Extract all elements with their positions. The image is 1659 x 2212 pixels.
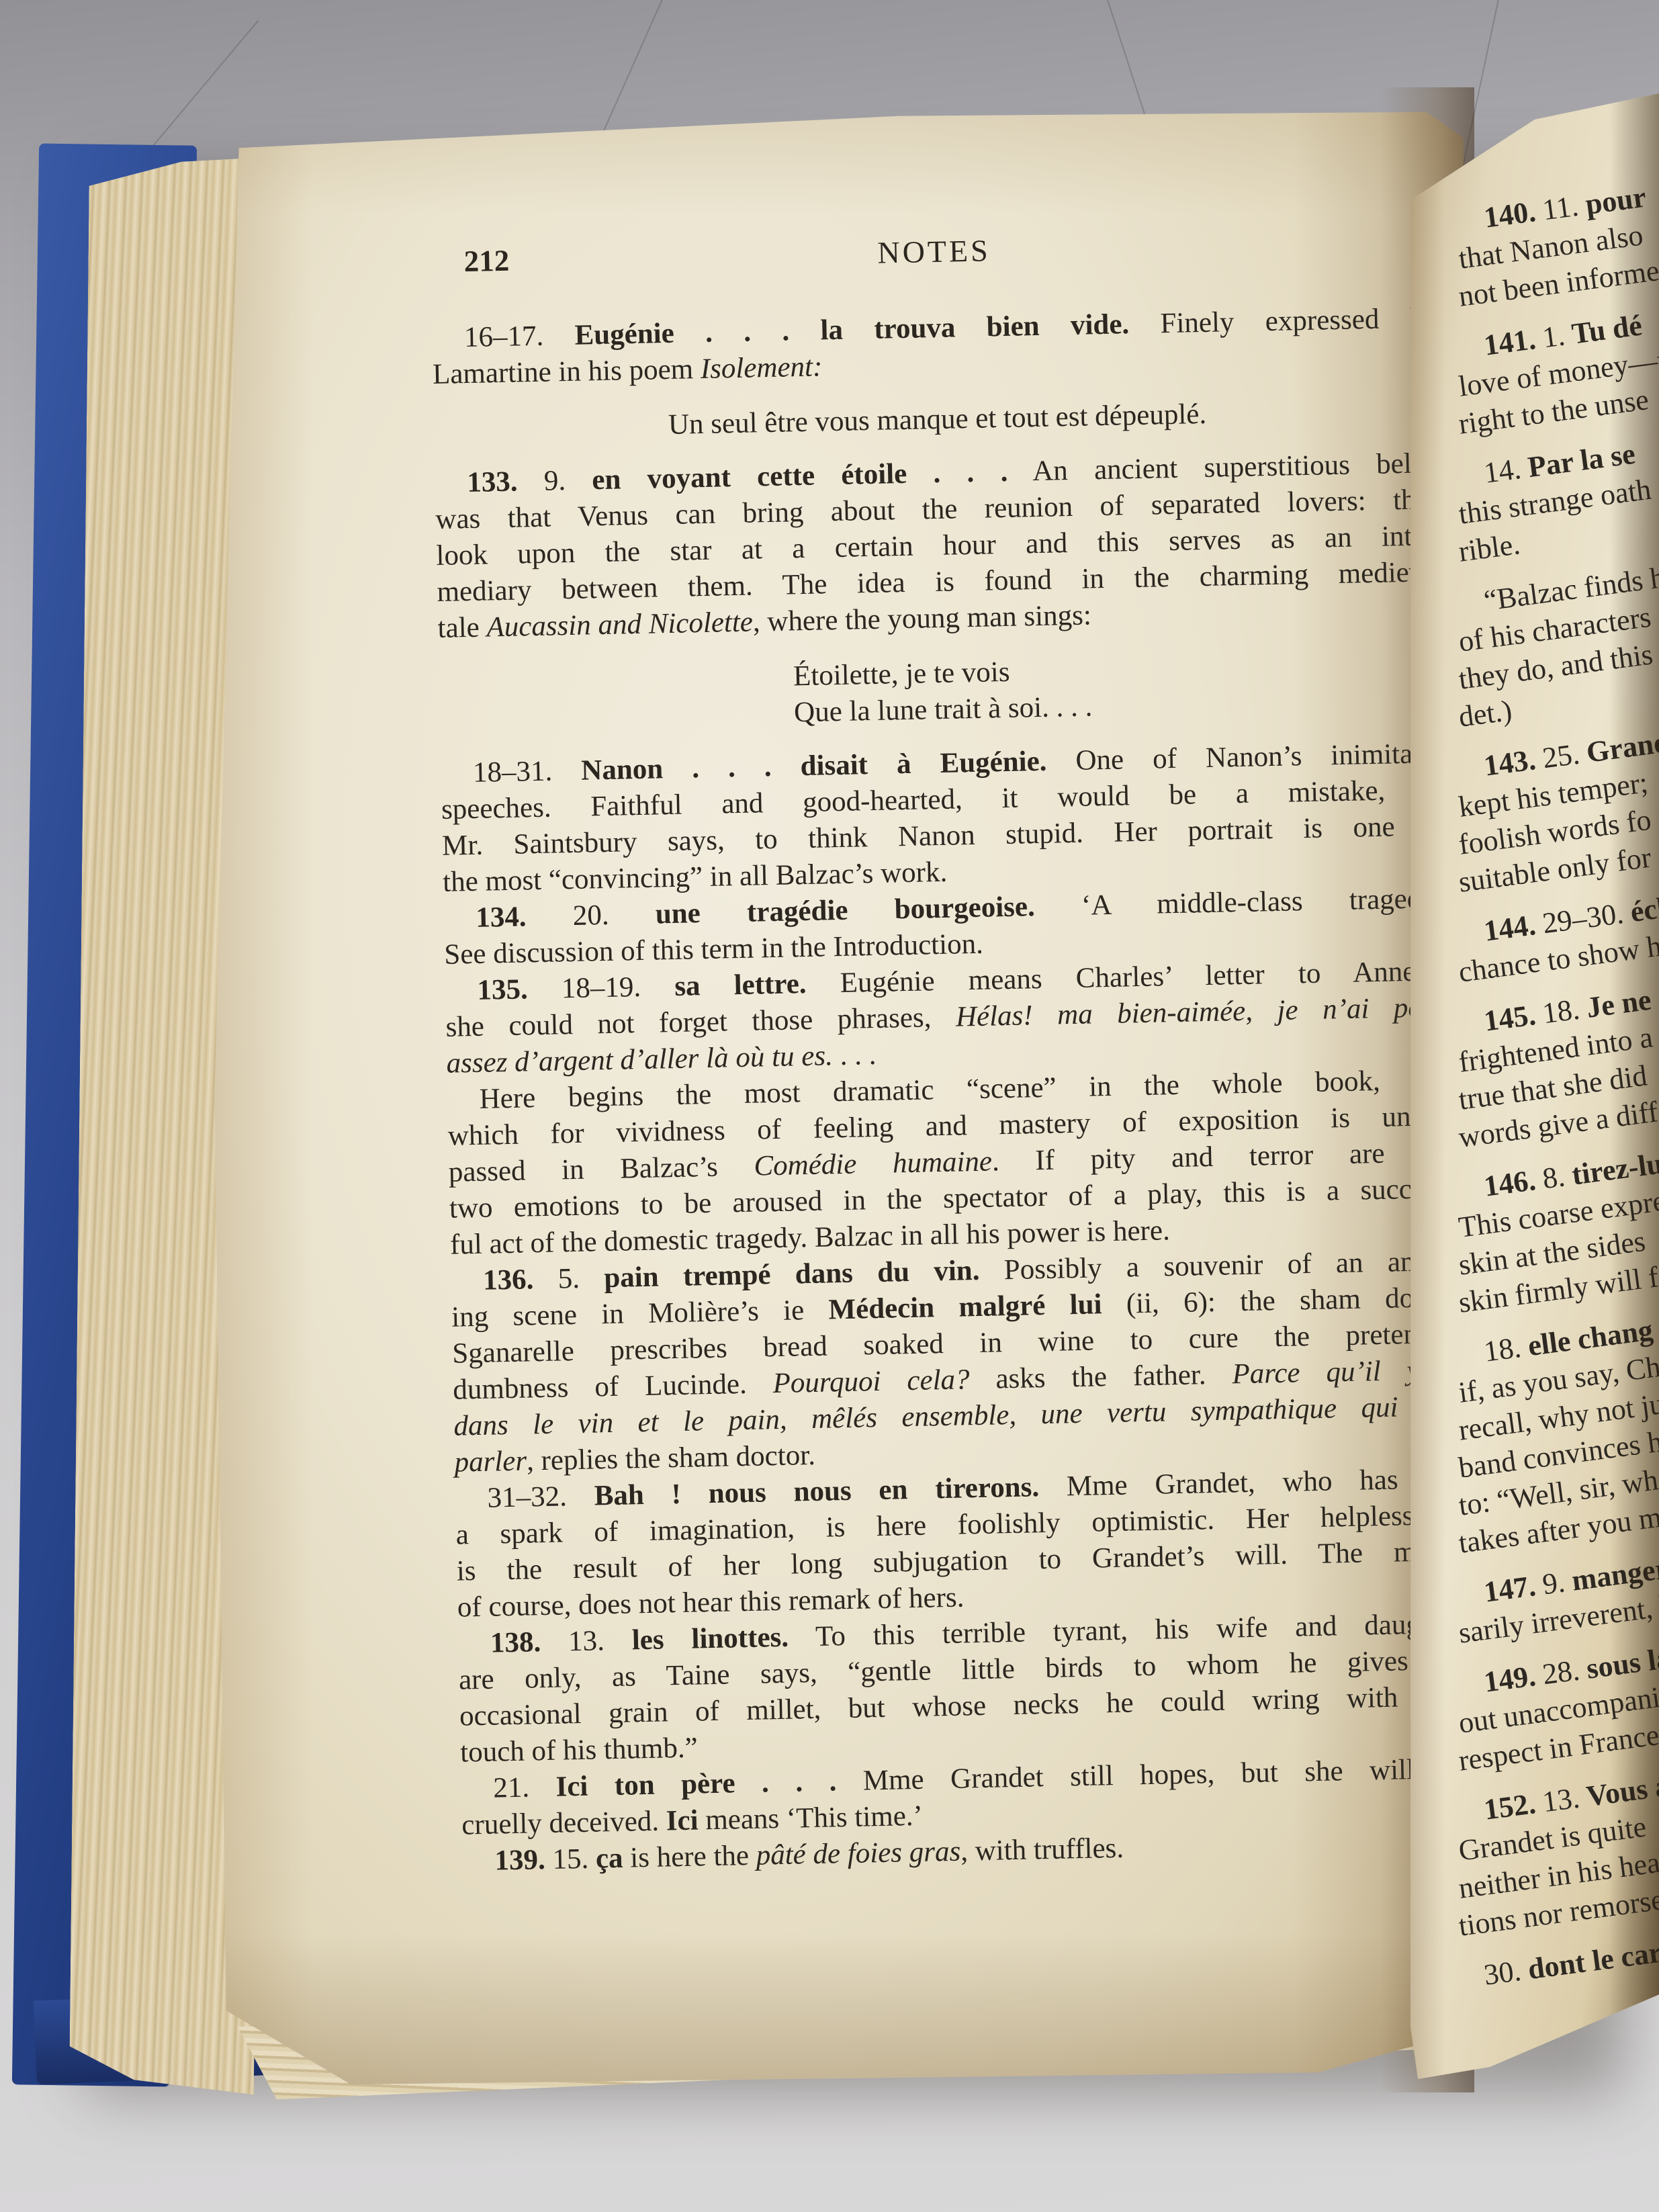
text-segment: neither in his hear	[1457, 1845, 1659, 1905]
text-segment: Par la se	[1526, 437, 1638, 484]
notes-text-block: 16–17. Eugénie . . . la trouva bien vide…	[431, 300, 1470, 1880]
text-segment: pain trempé dans du vin.	[604, 1255, 980, 1294]
text-segment: 18–19.	[527, 971, 675, 1005]
text-segment: dumbness of Lucinde.	[453, 1368, 773, 1406]
text-segment: éch	[1629, 890, 1659, 928]
text-segment: 141.	[1482, 322, 1537, 362]
text-segment: 18.	[1533, 991, 1589, 1031]
text-segment: Lamartine in his poem	[433, 353, 701, 390]
note-paragraph: 138. 13. les linottes. To this terrible …	[457, 1606, 1468, 1771]
text-segment: Je ne	[1584, 983, 1653, 1024]
text-segment: recall, why not ju	[1457, 1387, 1659, 1447]
text-segment: tions nor remorse.”	[1457, 1880, 1659, 1943]
text-segment: tirez-lu	[1570, 1147, 1659, 1191]
text-segment: 133.	[467, 466, 518, 499]
text-segment: frightened into a	[1457, 1020, 1655, 1079]
text-segment: 8.	[1533, 1159, 1574, 1196]
text-segment: 16–17.	[463, 320, 575, 353]
partial-text-line: takes after you m	[1456, 1464, 1659, 1562]
partial-text-line: 14. Par la se	[1456, 397, 1659, 496]
text-segment: to: “Well, sir, wh	[1457, 1463, 1659, 1522]
text-segment: 146.	[1482, 1163, 1537, 1203]
text-segment: pâté de foies gras	[756, 1836, 960, 1871]
partial-text-line: chance to show h	[1456, 893, 1659, 991]
text-segment: une tragédie bourgeoise.	[655, 891, 1035, 930]
text-segment: 136.	[483, 1264, 534, 1296]
text-segment: this strange oath	[1457, 473, 1653, 531]
text-segment: 149.	[1482, 1659, 1537, 1699]
partial-text-line: 140. 11. pour	[1456, 142, 1659, 240]
text-segment: skin at the sides	[1457, 1225, 1648, 1282]
text-segment: , with truffles.	[960, 1832, 1124, 1867]
text-segment: Étoilette, je te vois	[793, 656, 1010, 692]
text-segment: she could not forget those phrases,	[445, 1002, 956, 1043]
text-segment: 138.	[490, 1626, 541, 1659]
note-paragraph: 135. 18–19. sa lettre. Eugénie means Cha…	[445, 953, 1454, 1082]
note-paragraph: Here begins the most dramatic “scene” in…	[447, 1062, 1458, 1264]
note-paragraph: 133. 9. en voyant cette étoile . . . An …	[435, 445, 1445, 647]
text-segment: takes after you m	[1457, 1501, 1659, 1560]
note-paragraph: 31–32. Bah ! nous nous en tirerons. Mme …	[455, 1461, 1465, 1626]
text-segment: 152.	[1482, 1787, 1537, 1826]
partial-text-line: they do, and this	[1456, 600, 1659, 699]
partial-text-line: neither in his hear	[1456, 1809, 1659, 1908]
text-segment: Grand	[1584, 725, 1659, 769]
partial-text-line: frightened into a	[1456, 983, 1659, 1081]
partial-text-line: 147. 9. manger	[1456, 1516, 1659, 1615]
text-segment: not been informe	[1457, 254, 1659, 313]
text-segment: 13.	[1533, 1780, 1589, 1820]
text-segment: sa lettre.	[674, 968, 807, 1002]
text-segment: right to the unse	[1457, 383, 1651, 441]
text-segment: This coarse expre	[1457, 1184, 1659, 1244]
text-segment: pour	[1583, 181, 1648, 221]
text-segment: ing scene in Molière’s ie	[451, 1294, 829, 1333]
partial-text-line: band convinces he	[1456, 1388, 1659, 1487]
text-segment: 25.	[1533, 736, 1589, 776]
left-page-text: 212 NOTES 16–17. Eugénie . . . la trouva…	[430, 224, 1470, 1880]
partial-text-line: skin firmly will fo	[1456, 1223, 1659, 1322]
text-segment: 21.	[493, 1771, 556, 1804]
text-segment: 9.	[1533, 1564, 1574, 1602]
text-segment: Isolement:	[700, 351, 822, 385]
verse-line: Étoilette, je te vois	[793, 652, 1092, 695]
text-segment: suitable only for	[1457, 841, 1653, 899]
text-segment: Médecin malgré lui	[828, 1288, 1102, 1325]
partial-text-line: 143. 25. Grand	[1456, 690, 1659, 789]
partial-text-line: of his characters	[1456, 562, 1659, 661]
text-segment: out unaccompanie	[1457, 1679, 1659, 1740]
partial-text-line: true that she did	[1456, 1020, 1659, 1119]
text-segment: Tu dé	[1570, 308, 1644, 350]
text-segment: they do, and this	[1457, 637, 1655, 696]
partial-text-line: 144. 29–30. éch	[1456, 855, 1659, 954]
partial-text-line: that Nanon also	[1456, 179, 1659, 278]
text-segment: asks the father.	[969, 1358, 1232, 1395]
right-page-text: 140. 11. pourthat Nanon alsonot been inf…	[1459, 188, 1659, 1998]
partial-text-line: this strange oath	[1456, 435, 1659, 533]
text-segment: 13.	[541, 1624, 633, 1658]
verse-quote: Un seul être vous manque et tout est dép…	[433, 392, 1441, 448]
text-segment: 29–30.	[1533, 896, 1633, 941]
background-scratch	[146, 20, 259, 154]
partial-text-line: 18. elle chang	[1456, 1276, 1659, 1374]
text-segment: 144.	[1482, 908, 1537, 948]
partial-text-line: 30. dont le cara	[1456, 1899, 1659, 1998]
text-segment: passed in Balzac’s	[448, 1151, 754, 1188]
text-segment: 140.	[1482, 195, 1537, 234]
text-segment: Aucassin and Nicolette	[486, 607, 753, 644]
text-segment: manger	[1570, 1552, 1659, 1597]
text-segment: An ancient superstitious belief	[1007, 447, 1443, 488]
text-segment: skin firmly will fo	[1457, 1258, 1659, 1319]
text-segment: 147.	[1482, 1569, 1537, 1609]
text-segment: Grandet is quite	[1457, 1810, 1648, 1867]
text-segment: Comédie humaine	[754, 1146, 992, 1182]
text-segment: en voyant cette étoile . . .	[592, 456, 1008, 496]
text-segment: 20.	[526, 899, 656, 933]
book-photo-scene: 212 NOTES 16–17. Eugénie . . . la trouva…	[0, 0, 1659, 2212]
partial-text-line: Grandet is quite	[1456, 1771, 1659, 1870]
partial-text-line: love of money—t	[1456, 307, 1659, 406]
left-page: 212 NOTES 16–17. Eugénie . . . la trouva…	[198, 94, 1471, 2092]
text-segment: that Nanon also	[1457, 218, 1645, 275]
text-segment: true that she did	[1457, 1059, 1649, 1116]
page-header: 212 NOTES	[430, 224, 1438, 283]
text-segment: Hélas! ma bien-aimée, je n’ai point	[955, 991, 1453, 1033]
text-segment: sous la	[1584, 1642, 1659, 1685]
text-segment: Vous a	[1584, 1769, 1659, 1813]
partial-text-line: 145. 18. Je ne	[1456, 945, 1659, 1044]
text-segment: band convinces he	[1457, 1423, 1659, 1485]
text-segment: 11.	[1533, 188, 1588, 227]
text-segment: if, as you say, Cha	[1457, 1348, 1659, 1409]
text-segment: tale	[437, 611, 487, 644]
partial-text-line: 141. 1. Tu dé	[1456, 269, 1659, 368]
running-head: NOTES	[877, 232, 991, 271]
partial-text-line: suitable only for	[1456, 803, 1659, 901]
verse-lines: Étoilette, je te voisQue la lune trait à…	[793, 652, 1093, 731]
text-segment: Bah ! nous nous en tirerons.	[594, 1471, 1039, 1511]
text-segment: 135.	[477, 973, 528, 1006]
text-segment: respect in France.	[1457, 1718, 1659, 1777]
partial-text-line: det.)	[1456, 637, 1659, 736]
text-segment: cruelly deceived.	[461, 1805, 666, 1841]
text-segment: 14.	[1482, 451, 1530, 490]
text-segment: Que la lune trait à soi. . . .	[794, 691, 1093, 728]
text-segment: means ‘This time.’	[698, 1800, 923, 1837]
text-segment: 15.	[545, 1843, 596, 1876]
partial-text-line: tions nor remorse.”	[1456, 1847, 1659, 1945]
text-segment: words give a diffe	[1457, 1094, 1659, 1154]
text-segment: les linottes.	[631, 1622, 789, 1656]
partial-text-line: 146. 8. tirez-lu	[1456, 1110, 1659, 1209]
verse-lines: Un seul être vous manque et tout est dép…	[668, 396, 1206, 443]
text-segment: of his characters	[1457, 601, 1653, 658]
text-segment: sarily irreverent, b	[1457, 1589, 1659, 1650]
text-segment: Un seul être vous manque et tout est dép…	[668, 398, 1207, 441]
right-page-partial: 140. 11. pourthat Nanon alsonot been inf…	[1410, 75, 1659, 2087]
partial-text-line: not been informe	[1456, 217, 1659, 316]
text-segment: Nanon . . . disait à Eugénie.	[581, 746, 1047, 787]
text-segment: is here the	[623, 1840, 756, 1874]
partial-text-line: foolish words fo	[1456, 765, 1659, 864]
text-segment: 28.	[1533, 1652, 1589, 1692]
text-segment: “Balzac finds h	[1482, 561, 1659, 617]
text-segment: touch of his thumb.”	[460, 1732, 698, 1769]
text-segment: , replies the sham doctor.	[527, 1440, 816, 1477]
partial-text-line: sarily irreverent, b	[1456, 1554, 1659, 1652]
partial-text-line: “Balzac finds h	[1456, 525, 1659, 623]
partial-text-line: if, as you say, Cha	[1456, 1313, 1659, 1412]
text-segment: 18–31.	[472, 755, 581, 789]
note-paragraph: 136. 5. pain trempé dans du vin. Possibl…	[451, 1243, 1462, 1481]
text-segment: 30.	[1482, 1953, 1530, 1992]
verse-quote: Étoilette, je te voisQue la lune trait à…	[439, 646, 1447, 738]
note-paragraph: 18–31. Nanon . . . disait à Eugénie. One…	[440, 736, 1450, 901]
verse-line: Que la lune trait à soi. . . .	[794, 689, 1093, 731]
text-segment: det.)	[1457, 694, 1514, 734]
text-segment: 31–32.	[487, 1480, 594, 1514]
partial-text-line: skin at the sides	[1456, 1186, 1659, 1284]
text-segment: 9.	[517, 464, 592, 497]
text-segment: , where the young man sings:	[752, 599, 1091, 637]
text-segment: ça	[595, 1843, 623, 1875]
text-segment: rible.	[1457, 527, 1522, 568]
text-segment: Ici ton père . . .	[555, 1765, 837, 1802]
text-segment: 5.	[533, 1262, 604, 1295]
partial-text-line: 149. 28. sous la	[1456, 1606, 1659, 1705]
text-segment: Ici	[666, 1805, 699, 1837]
text-segment: parler	[454, 1446, 527, 1478]
text-segment: foolish words fo	[1457, 803, 1653, 861]
text-segment: . . .	[832, 1039, 876, 1071]
partial-text-line: recall, why not ju	[1456, 1351, 1659, 1450]
partial-text-line: words give a diffe	[1456, 1058, 1659, 1157]
partial-text-line: out unaccompanie	[1456, 1644, 1659, 1742]
partial-text-line: rible.	[1456, 472, 1659, 571]
text-segment: assez d’argent d’aller là où tu es.	[446, 1040, 833, 1079]
partial-text-line: kept his temper;	[1456, 727, 1659, 826]
partial-text-line: to: “Well, sir, wh	[1456, 1426, 1659, 1525]
text-segment: 134.	[476, 901, 527, 934]
partial-text-line: This coarse expre	[1456, 1148, 1659, 1247]
text-segment: elle chang	[1526, 1313, 1655, 1362]
text-segment: 143.	[1482, 743, 1537, 783]
page-number: 212	[463, 242, 510, 279]
text-segment: love of money—t	[1457, 343, 1659, 403]
text-segment: 145.	[1482, 998, 1537, 1038]
partial-text-line: respect in France.	[1456, 1681, 1659, 1780]
text-segment: chance to show h	[1457, 930, 1659, 989]
text-segment: 1.	[1533, 318, 1574, 355]
note-paragraph: 16–17. Eugénie . . . la trouva bien vide…	[431, 300, 1440, 393]
verse-line: Un seul être vous manque et tout est dép…	[668, 396, 1206, 443]
text-segment: dont le cara	[1526, 1934, 1659, 1986]
text-segment: Pourquoi cela?	[772, 1364, 970, 1399]
partial-text-line: right to the unse	[1456, 345, 1659, 443]
text-segment: 139.	[494, 1844, 545, 1877]
text-segment: kept his temper;	[1457, 766, 1650, 824]
partial-text-line: 152. 13. Vous a	[1456, 1734, 1659, 1832]
text-segment: 18.	[1482, 1330, 1530, 1368]
